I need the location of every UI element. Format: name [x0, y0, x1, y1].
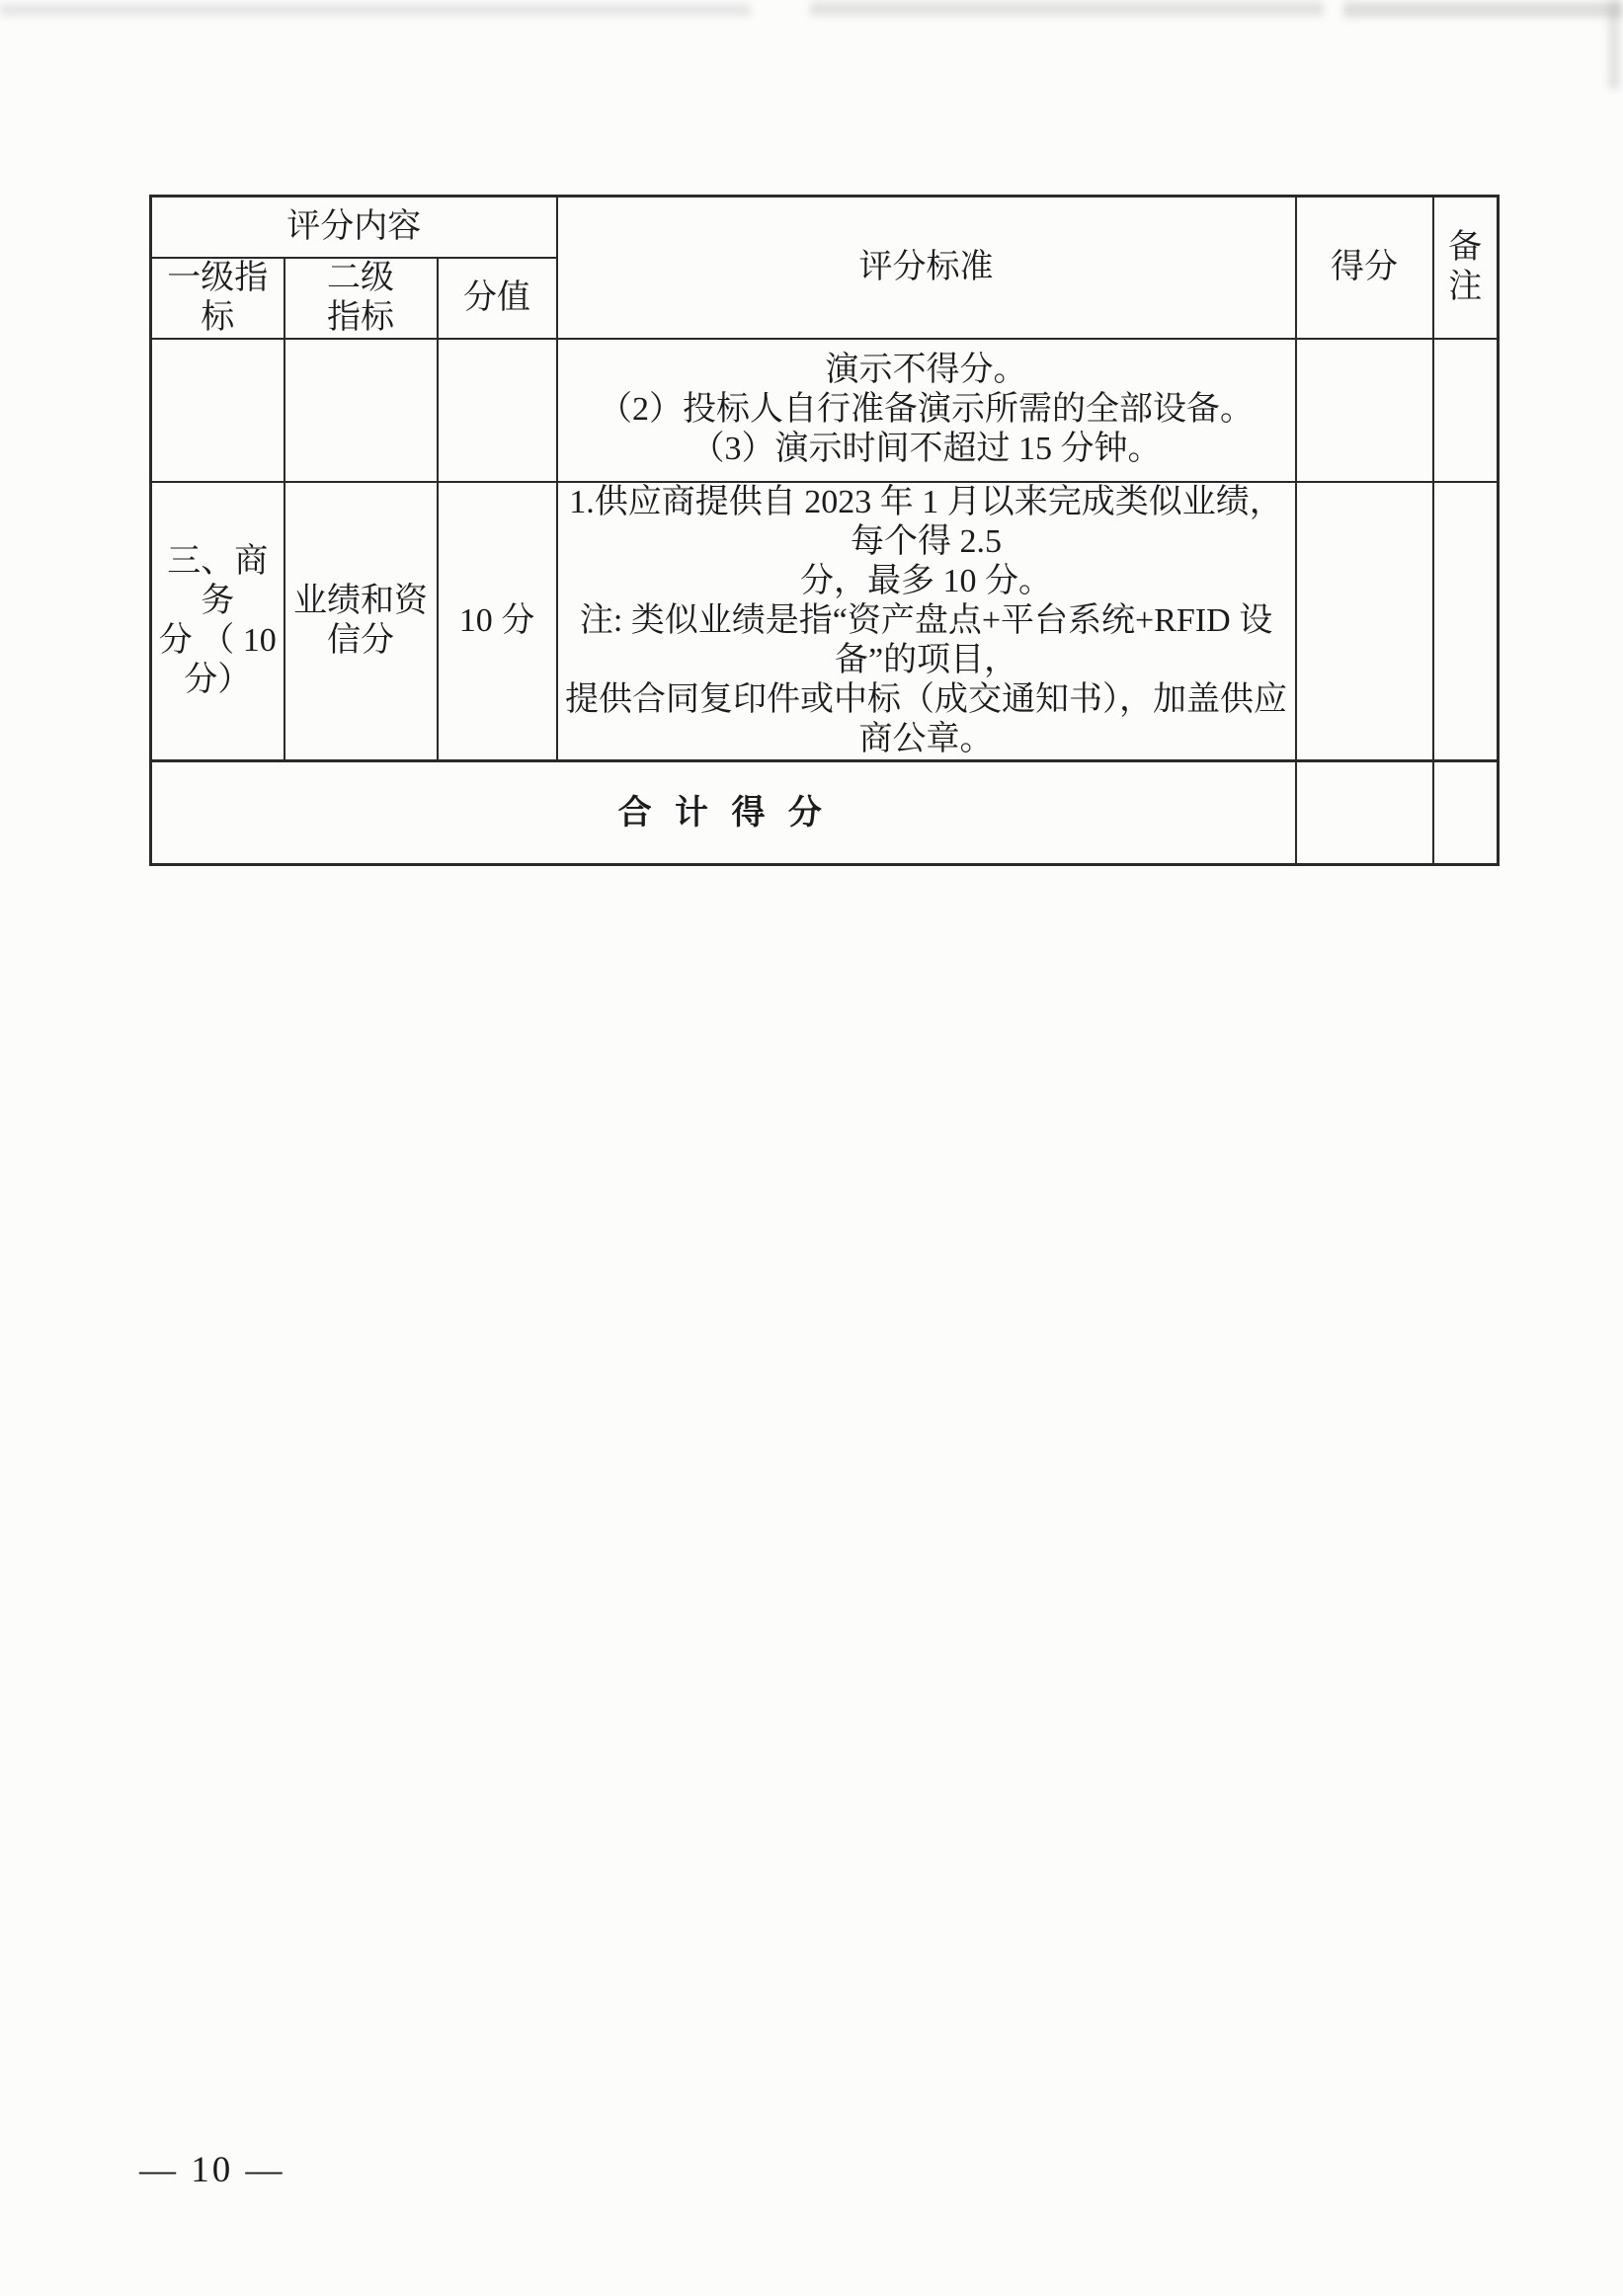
cell-remarks-empty: [1433, 482, 1499, 761]
cell-total-remarks-empty: [1433, 760, 1499, 864]
table-row-continuation: 演示不得分。 （2）投标人自行准备演示所需的全部设备。 （3）演示时间不超过 1…: [151, 339, 1499, 482]
cell-remarks-empty: [1433, 339, 1499, 482]
cell-criteria-text: 演示不得分。 （2）投标人自行准备演示所需的全部设备。 （3）演示时间不超过 1…: [557, 339, 1296, 482]
header-score: 得分: [1296, 197, 1433, 339]
scanned-document-page: 评分内容 评分标准 得分 备 注 一级指 标 二级 指标 分值 演示不得分。 （…: [0, 0, 1623, 2296]
cell-level2-performance: 业绩和资 信分: [284, 482, 438, 761]
header-remarks: 备 注: [1433, 197, 1499, 339]
header-level1-indicator: 一级指 标: [151, 258, 284, 339]
cell-value-empty: [438, 339, 557, 482]
cell-total-score-empty: [1296, 760, 1433, 864]
table-row-total: 合 计 得 分: [151, 760, 1499, 864]
cell-criteria-text: 1.供应商提供自 2023 年 1 月以来完成类似业绩，每个得 2.5 分，最多…: [557, 482, 1296, 761]
cell-score-value-10: 10 分: [438, 482, 557, 761]
cell-level1-empty: [151, 339, 284, 482]
cell-level2-empty: [284, 339, 438, 482]
cell-score-empty: [1296, 339, 1433, 482]
scan-artifact: [0, 4, 751, 16]
header-level2-indicator: 二级 指标: [284, 258, 438, 339]
page-number: — 10 —: [139, 2149, 285, 2191]
header-criteria: 评分标准: [557, 197, 1296, 339]
scan-artifact: [810, 2, 1324, 16]
header-score-content: 评分内容: [151, 197, 557, 258]
scan-artifact: [1608, 0, 1620, 89]
header-row-1: 评分内容 评分标准 得分 备 注: [151, 197, 1499, 258]
table-row-business: 三、商务 分 （ 10 分） 业绩和资 信分 10 分 1.供应商提供自 202…: [151, 482, 1499, 761]
cell-score-empty: [1296, 482, 1433, 761]
scan-artifact: [1343, 2, 1623, 18]
total-score-label: 合 计 得 分: [151, 760, 1296, 864]
header-score-value: 分值: [438, 258, 557, 339]
cell-level1-business: 三、商务 分 （ 10 分）: [151, 482, 284, 761]
evaluation-score-table: 评分内容 评分标准 得分 备 注 一级指 标 二级 指标 分值 演示不得分。 （…: [149, 195, 1500, 866]
